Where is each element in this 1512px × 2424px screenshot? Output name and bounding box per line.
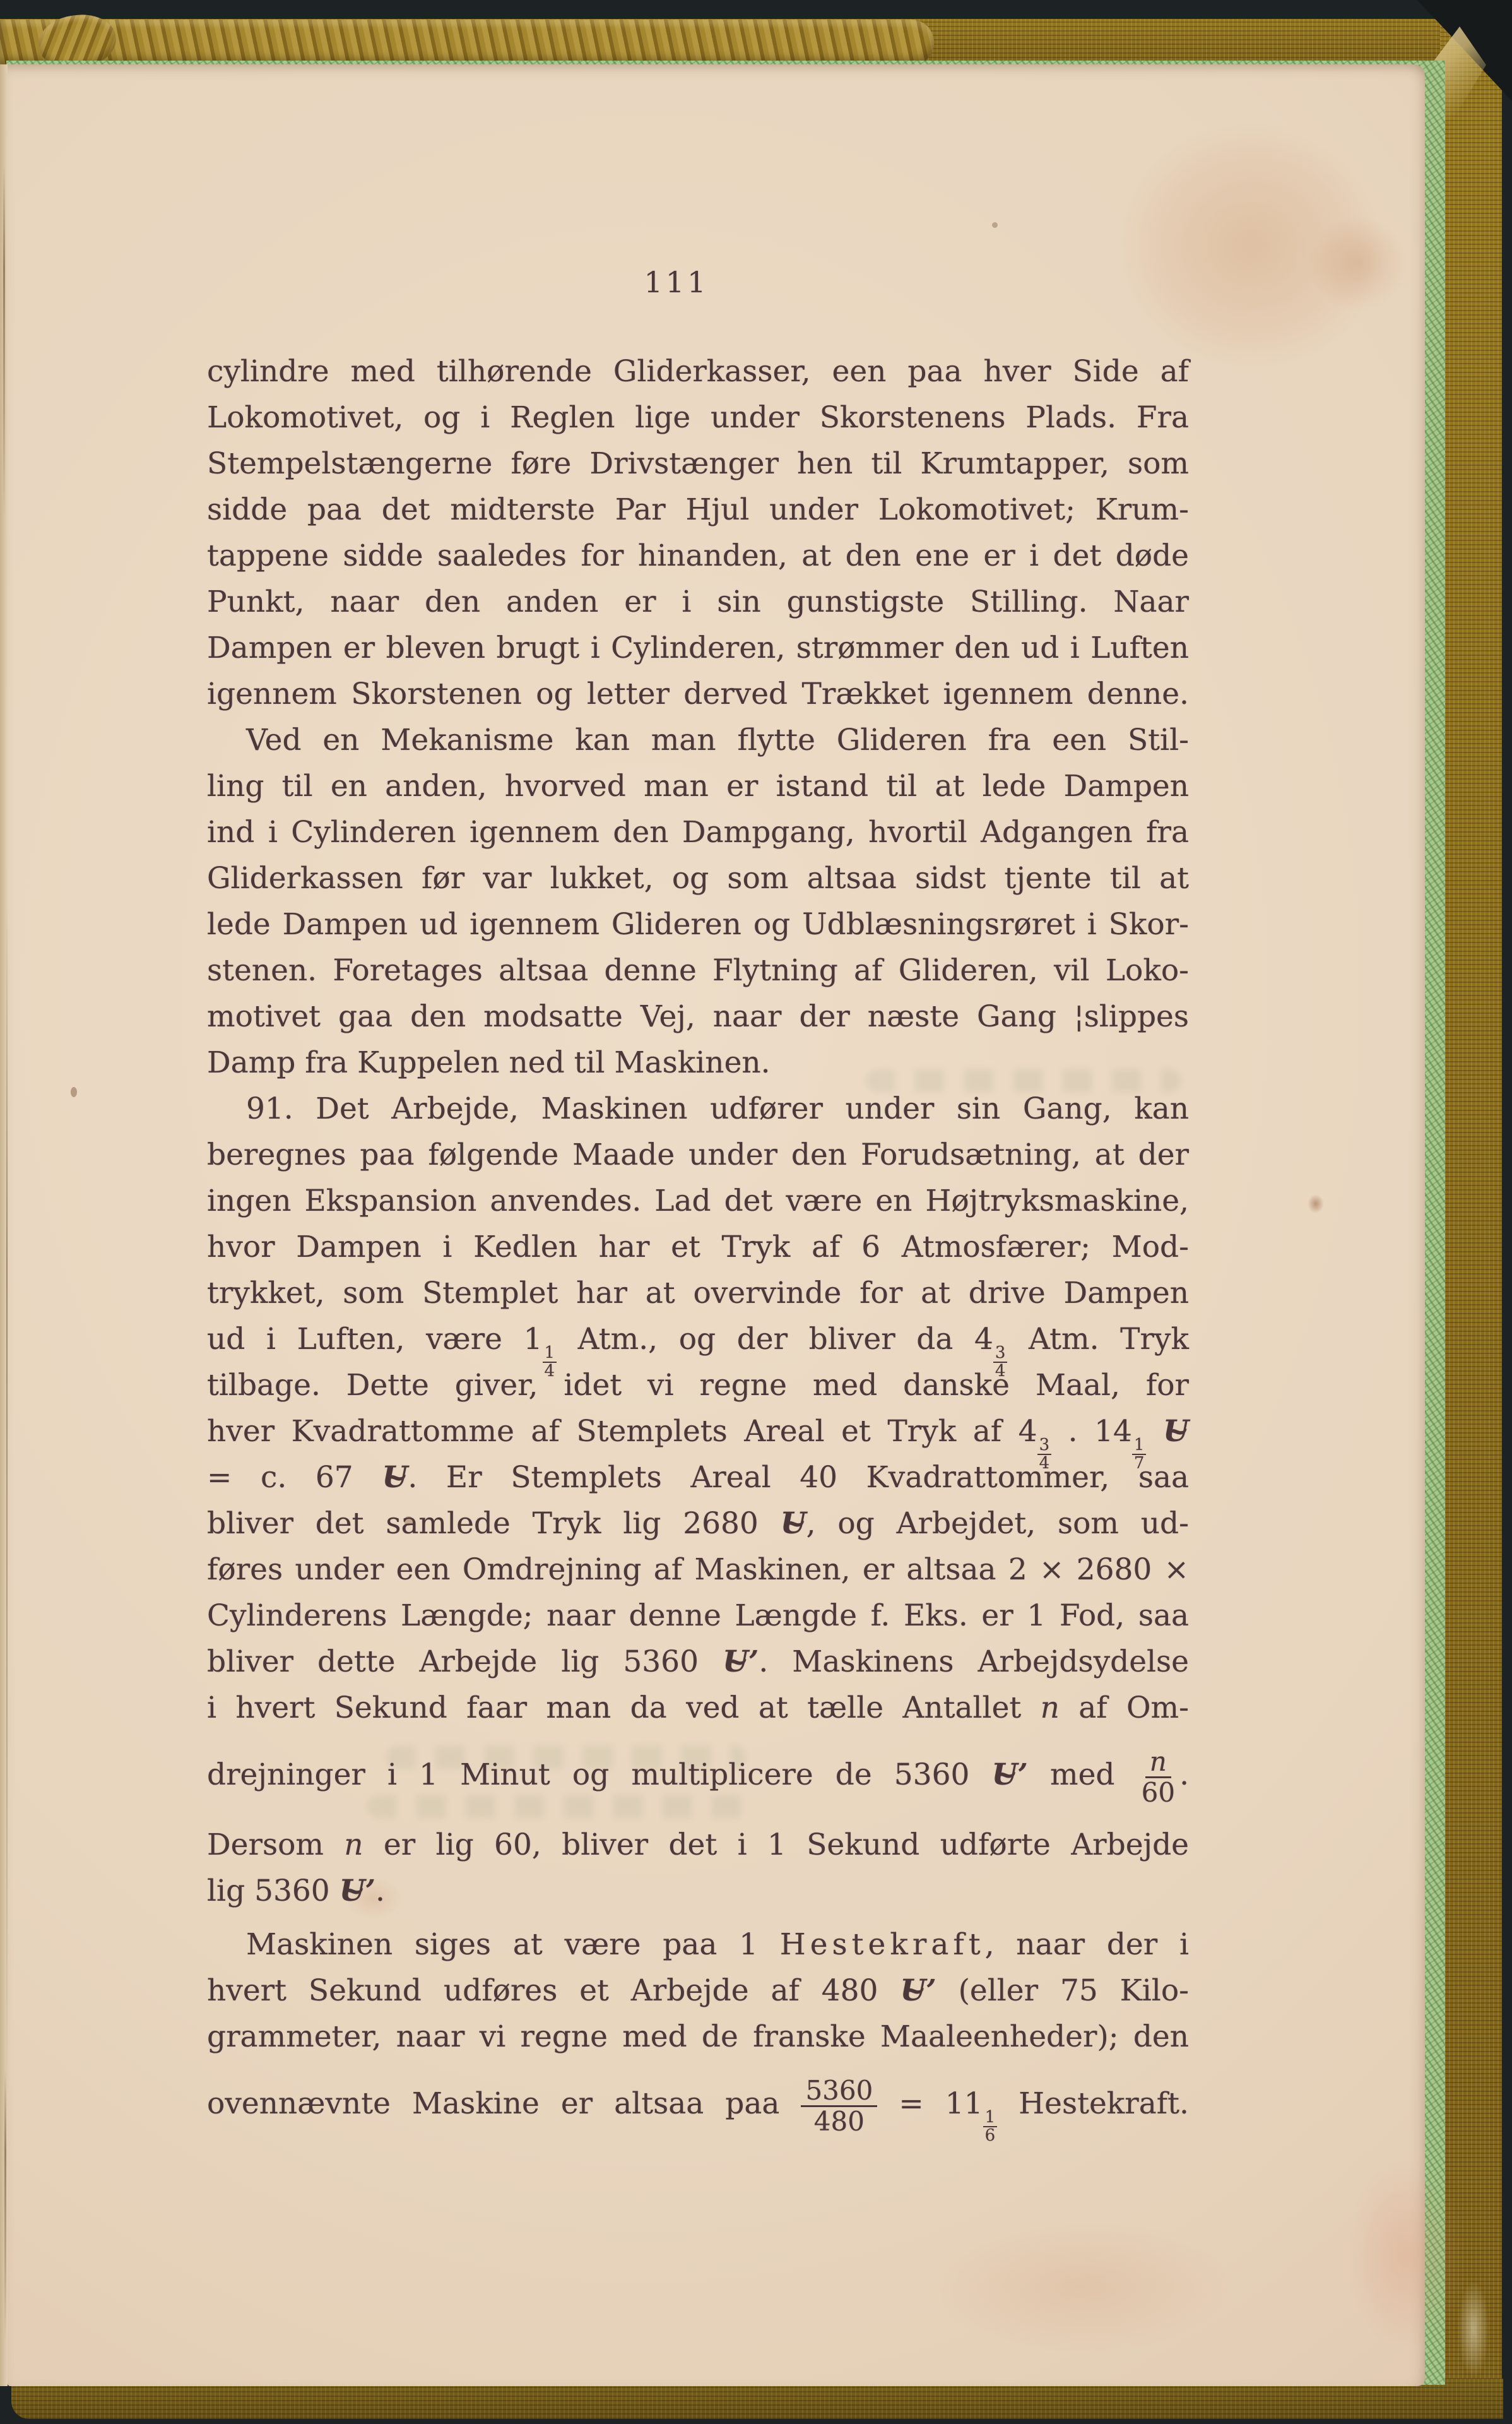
- text-line: ingen Ekspansion anvendes. Lad det være …: [207, 1178, 1189, 1224]
- text-line: Punkt, naar den anden er i sin gunstigst…: [207, 579, 1189, 625]
- text-line: lig 5360 U̴’.: [207, 1868, 1189, 1914]
- text-line: Maskinen siges at være paa 1 Hestekraft,…: [207, 1922, 1189, 1968]
- foxing-stain: [878, 2198, 1282, 2375]
- display-fraction: 5360480: [801, 2076, 877, 2136]
- text-line: ind i Cylinderen igennem den Dampgang, h…: [207, 809, 1189, 855]
- gutter-crease: [4, 2070, 6, 2342]
- pound-unit-symbol: U̴’: [723, 1644, 759, 1679]
- math-variable: n: [344, 1827, 363, 1862]
- text-line: 91. Det Arbejde, Maskinen udfører under …: [207, 1086, 1189, 1132]
- worn-cloth-patch: [1451, 2260, 1496, 2399]
- text-line: ovennævnte Maskine er altsaa paa 5360480…: [207, 2072, 1189, 2136]
- text-line: drejninger i 1 Minut og multiplicere de …: [207, 1744, 1189, 1807]
- stacked-fraction: 16: [983, 2109, 998, 2144]
- text-line: Gliderkassen før var lukket, og som alts…: [207, 855, 1189, 901]
- pound-unit-symbol: U̴’: [340, 1874, 375, 1908]
- text-line: Dersom n er lig 60, bliver det i 1 Sekun…: [207, 1822, 1189, 1868]
- text-line: Lokomotivet, og i Reglen lige under Skor…: [207, 395, 1189, 441]
- text-line: tappene sidde saaledes for hinanden, at …: [207, 533, 1189, 579]
- text-line: hver Kvadrattomme af Stemplets Areal et …: [207, 1408, 1189, 1454]
- text-line: motivet gaa den modsatte Vej, naar der n…: [207, 994, 1189, 1040]
- ink-speck: [992, 222, 998, 228]
- text-line: lede Dampen ud igennem Glideren og Udblæ…: [207, 901, 1189, 948]
- pound-unit-symbol: U̴: [1163, 1414, 1189, 1449]
- headband: [0, 20, 934, 66]
- pound-unit-symbol: U̴’: [992, 1757, 1028, 1792]
- text-line: bliver det samlede Tryk lig 2680 U̴, og …: [207, 1500, 1189, 1547]
- pound-unit-symbol: U̴’: [900, 1973, 936, 2008]
- ink-speck: [71, 1087, 77, 1097]
- text-line: Damp fra Kuppelen ned til Maskinen.: [207, 1040, 1189, 1086]
- foxing-stain: [1289, 197, 1427, 330]
- text-line: Dampen er bleven brugt i Cylinderen, str…: [207, 625, 1189, 671]
- display-fraction: n60: [1137, 1747, 1179, 1807]
- text-line: hvor Dampen i Kedlen har et Tryk af 6 At…: [207, 1224, 1189, 1270]
- text-line: tilbage. Dette giver, idet vi regne med …: [207, 1362, 1189, 1408]
- text-line: Ved en Mekanisme kan man flytte Glideren…: [207, 717, 1189, 763]
- body-text: cylindre med tilhørende Gliderkasser, ee…: [207, 348, 1189, 2151]
- text-line: igennem Skorstenen og letter derved Træk…: [207, 671, 1189, 717]
- pound-unit-symbol: U̴: [781, 1506, 806, 1541]
- text-line: stenen. Foretages altsaa denne Flytning …: [207, 948, 1189, 994]
- math-variable: n: [1041, 1690, 1060, 1725]
- text-line: bliver dette Arbejde lig 5360 U̴’. Maski…: [207, 1639, 1189, 1685]
- text-line: ud i Luften, være 114 Atm., og der blive…: [207, 1316, 1189, 1362]
- text-line: føres under een Omdrejning af Maskinen, …: [207, 1547, 1189, 1593]
- text-line: hvert Sekund udføres et Arbejde af 480 U…: [207, 1968, 1189, 2014]
- text-line: grammeter, naar vi regne med de franske …: [207, 2014, 1189, 2060]
- page-number: 111: [186, 265, 1167, 299]
- text-line: ling til en anden, hvorved man er istand…: [207, 763, 1189, 809]
- foxing-stain: [1308, 1194, 1324, 1213]
- text-line: sidde paa det midterste Par Hjul under L…: [207, 487, 1189, 533]
- gutter-crease: [3, 164, 5, 518]
- book-cover-right-edge: [1440, 19, 1502, 2419]
- text-line: = c. 67 U̴. Er Stemplets Areal 40 Kvadra…: [207, 1454, 1189, 1500]
- text-line: trykket, som Stemplet har at overvinde f…: [207, 1270, 1189, 1316]
- text-line: Stempelstængerne føre Drivstænger hen ti…: [207, 441, 1189, 487]
- text-line: cylindre med tilhørende Gliderkasser, ee…: [207, 348, 1189, 395]
- text-line: Cylinderens Længde; naar denne Længde f.…: [207, 1593, 1189, 1639]
- book-photo: 111 cylindre med tilhørende Gliderkasser…: [0, 0, 1512, 2424]
- letterspaced-word: Hestekraft: [780, 1927, 985, 1962]
- pound-unit-symbol: U̴: [382, 1460, 408, 1495]
- text-line: i hvert Sekund faar man da ved at tælle …: [207, 1685, 1189, 1731]
- text-line: beregnes paa følgende Maade under den Fo…: [207, 1132, 1189, 1178]
